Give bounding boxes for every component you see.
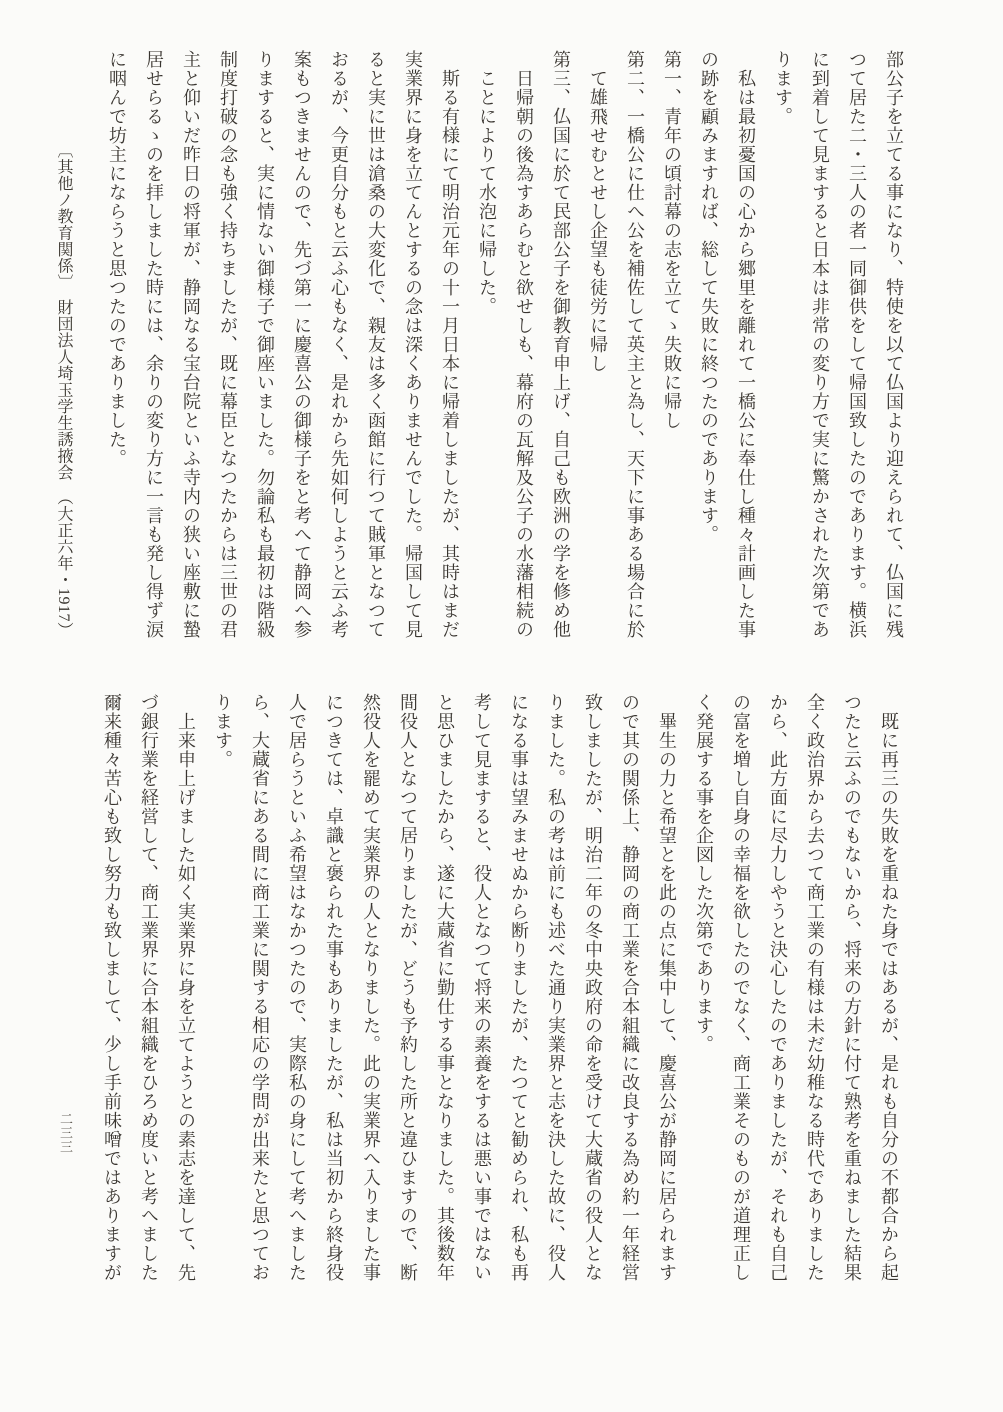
text-column: 部公子を立てる事になり、特使を以て仏国より迎えられて、仏国に残 bbox=[875, 50, 912, 644]
text-column: 然役人を罷めて実業界の人となりました。此の実業界へ入りました事 bbox=[352, 693, 389, 1287]
text-column: りますると、実に情ない御様子で御座いました。勿論私も最初は階級 bbox=[246, 50, 283, 644]
text-column: づ銀行業を経営して、商工業界に合本組織をひろめ度いと考へました bbox=[130, 693, 167, 1287]
text-column: ら、大蔵省にある間に商工業に関する相応の学問が出来たと思つてお bbox=[241, 693, 278, 1287]
text-column: 斯る有様にて明治元年の十一月日本に帰着しましたが、其時はまだ bbox=[431, 50, 468, 663]
text-column: つて居た二・三人の者一同御供をして帰国致したのであります。横浜 bbox=[838, 50, 875, 644]
text-column: 第三、仏国に於て民部公子を御教育申上げ、自己も欧洲の学を修め他 bbox=[542, 50, 579, 644]
text-column: に咽んで坊主にならうと思つたのでありました。 bbox=[98, 50, 135, 644]
text-column: 主と仰いだ昨日の将軍が、静岡なる宝台院といふ寺内の狭い座敷に蟄 bbox=[172, 50, 209, 644]
text-column: 間役人となつて居りましたが、どうも予約した所と違ひますので、断 bbox=[389, 693, 426, 1287]
text-column: 全く政治界から去つて商工業の有様は未だ幼稚なる時代でありました bbox=[796, 693, 833, 1287]
text-column: 致しましたが、明治二年の冬中央政府の命を受けて大蔵省の役人とな bbox=[574, 693, 611, 1287]
text-column: につきては、卓識と褒られた事もありましたが、私は当初から終身役 bbox=[315, 693, 352, 1287]
text-column: に到着して見ますると日本は非常の変り方で実に驚かされた次第であ bbox=[801, 50, 838, 644]
text-column: ります。 bbox=[204, 693, 241, 1287]
text-column: から、此方面に尽力しやうと決心したのでありましたが、それも自己 bbox=[759, 693, 796, 1287]
text-column: 実業界に身を立てんとするの念は深くありませんでした。帰国して見 bbox=[394, 50, 431, 644]
text-column: 考して見ますると、役人となつて将来の素養をするは悪い事ではない bbox=[463, 693, 500, 1287]
text-column: りました。私の考は前にも述べた通り実業界と志を決した故に、役人 bbox=[537, 693, 574, 1287]
page-number: 二三三 bbox=[56, 1112, 75, 1154]
text-column: つたと云ふのでもないから、将来の方針に付て熟考を重ねました結果 bbox=[833, 693, 870, 1287]
text-column: 爾来種々苦心も致し努力も致しまして、少し手前味噌ではありますが bbox=[93, 693, 130, 1287]
text-column: ります。 bbox=[764, 50, 801, 644]
text-column: の跡を顧みますれば、総して失敗に終つたのであります。 bbox=[690, 50, 727, 644]
text-column: 私は最初憂国の心から郷里を離れて一橋公に奉仕し種々計画した事 bbox=[727, 50, 764, 663]
text-column: ので其の関係上、静岡の商工業を合本組織に改良する為め約一年経営 bbox=[611, 693, 648, 1287]
text-column: 居せらるゝのを拝しました時には、余りの変り方に一言も発し得ず涙 bbox=[135, 50, 172, 644]
source-attribution: 〔其他ノ教育関係〕 財団法人埼玉学生誘掖会 （大正六年・1917） bbox=[45, 50, 82, 736]
text-column: おるが、今更自分もと云ふ心もなく、是れから先如何しようと云ふ考 bbox=[320, 50, 357, 644]
text-column: 日帰朝の後為すあらむと欲せしも、幕府の瓦解及公子の水藩相続の bbox=[505, 50, 542, 663]
text-column: 制度打破の念も強く持ちましたが、既に幕臣となつたからは三世の君 bbox=[209, 50, 246, 644]
text-column: になる事は望みませぬから断りましたが、たつてと勧められ、私も再 bbox=[500, 693, 537, 1287]
bottom-text-register: 既に再三の失敗を重ねた身ではあるが、是れも自分の不都合から起つたと云ふのでもない… bbox=[93, 693, 907, 1287]
scanned-book-page: 部公子を立てる事になり、特使を以て仏国より迎えられて、仏国に残つて居た二・三人の… bbox=[0, 0, 1003, 1412]
text-column: 既に再三の失敗を重ねた身ではあるが、是れも自分の不都合から起 bbox=[870, 693, 907, 1306]
text-column: 上来申上げました如く実業界に身を立てようとの素志を達して、先 bbox=[167, 693, 204, 1306]
text-column: 第一、青年の頃討幕の志を立てゝ失敗に帰し bbox=[653, 50, 690, 644]
text-column: て雄飛せむとせし企望も徒労に帰し bbox=[579, 50, 616, 663]
text-column: と思ひましたから、遂に大蔵省に勤仕する事となりました。其後数年 bbox=[426, 693, 463, 1287]
text-column: 案もつきませんので、先づ第一に慶喜公の御様子をと考へて静岡へ参 bbox=[283, 50, 320, 644]
text-column: ことによりて水泡に帰した。 bbox=[468, 50, 505, 663]
text-column: く発展する事を企図した次第であります。 bbox=[685, 693, 722, 1287]
top-text-register: 部公子を立てる事になり、特使を以て仏国より迎えられて、仏国に残つて居た二・三人の… bbox=[45, 50, 912, 644]
text-column: 人で居らうといふ希望はなかつたので、実際私の身にして考へました bbox=[278, 693, 315, 1287]
text-column: ると実に世は滄桑の大変化で、親友は多く函館に行つて賊軍となつて bbox=[357, 50, 394, 644]
text-column: 畢生の力と希望とを此の点に集中して、慶喜公が静岡に居られます bbox=[648, 693, 685, 1306]
text-column: 第二、一橋公に仕へ公を補佐して英主と為し、天下に事ある場合に於 bbox=[616, 50, 653, 644]
text-column: の富を増し自身の幸福を欲したのでなく、商工業そのものが道理正し bbox=[722, 693, 759, 1287]
